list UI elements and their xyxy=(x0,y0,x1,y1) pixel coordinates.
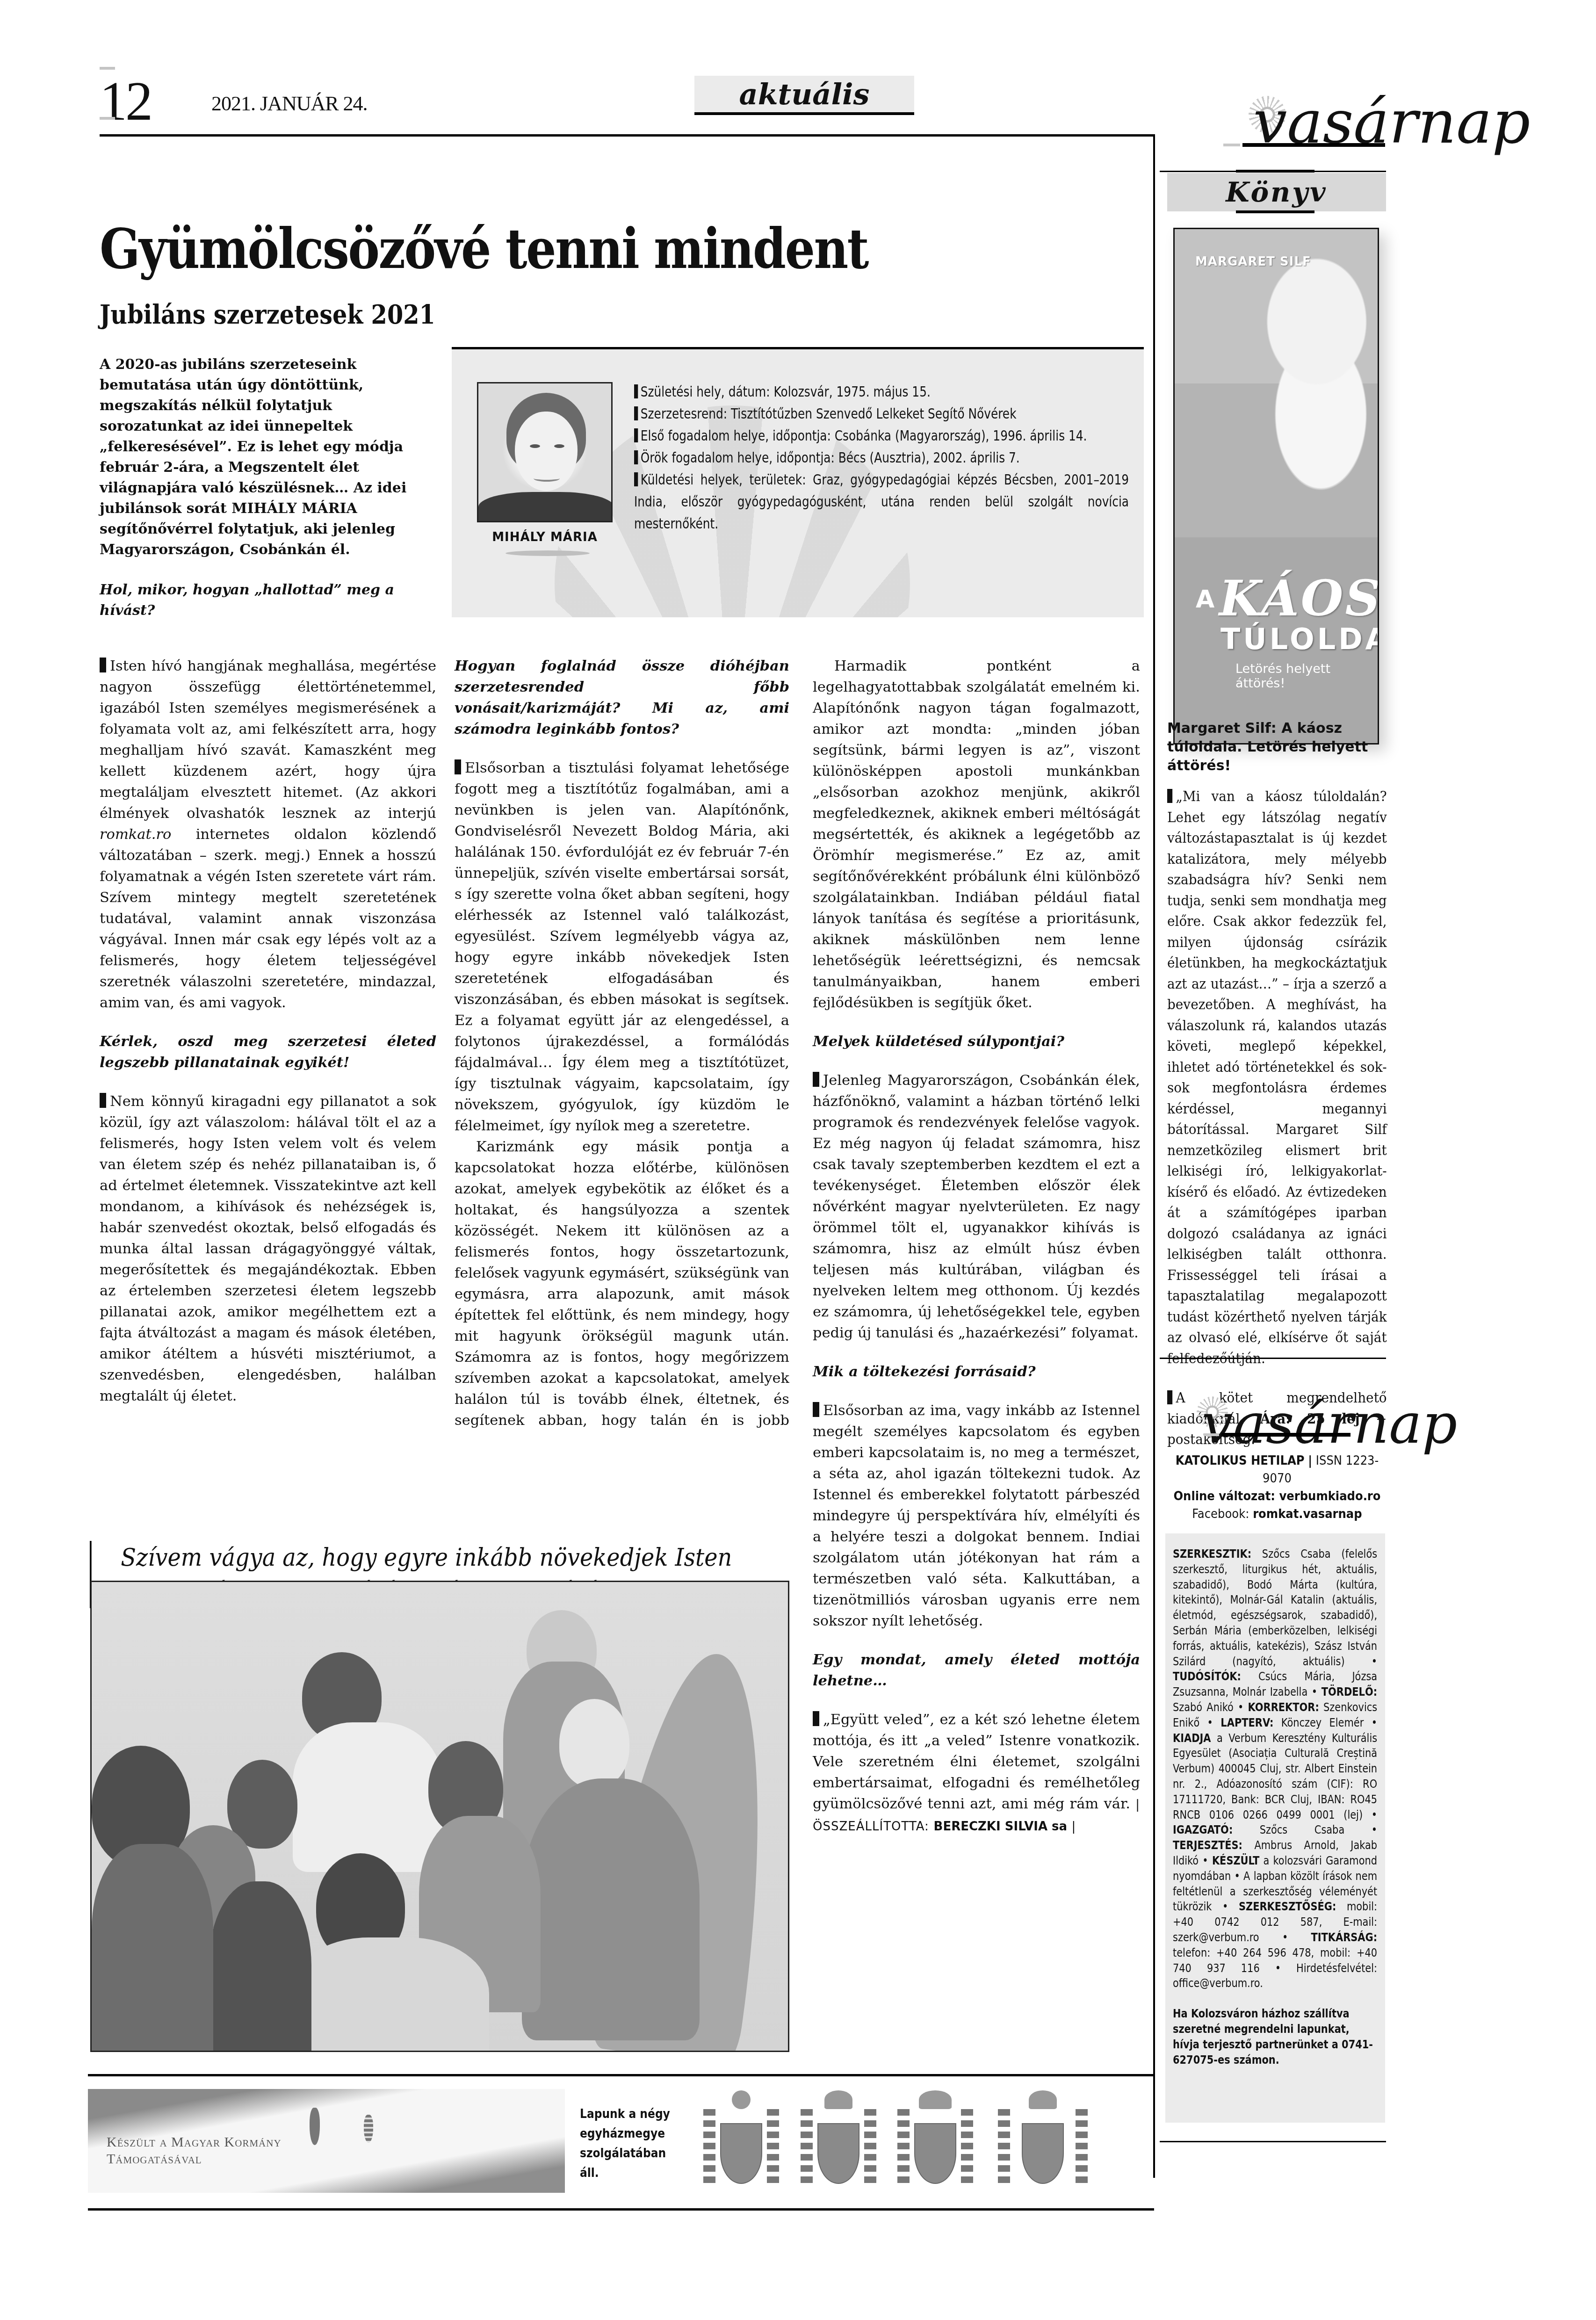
section-label: aktuális xyxy=(739,77,869,111)
profile-fact: Szerzetesrend: Tisztítótűzben Szenvedő L… xyxy=(634,403,1129,425)
profile-fact: Örök fogadalom helye, időpontja: Bécs (A… xyxy=(634,447,1129,469)
dioceses-note: Lapunk a négy egyházmegye szolgálatában … xyxy=(580,2104,673,2183)
portrait-caption: MIHÁLY MÁRIA xyxy=(477,530,613,544)
imprint-logo-text: vasárnap xyxy=(1202,1396,1457,1451)
cover-subtitle: Letörés helyett áttörés! xyxy=(1235,662,1378,691)
gov-support-text: Készült a Magyar Kormány Támogatásával xyxy=(107,2134,282,2168)
footer-rule-top xyxy=(88,2074,1154,2076)
bullet-marker-icon xyxy=(634,450,638,464)
article-column-3: Harmadik pontként a legelhagyatottabbak … xyxy=(813,656,1140,1837)
photo-person xyxy=(92,1844,213,2052)
romkat-link[interactable]: romkat.ro xyxy=(100,826,171,843)
section-tab: aktuális xyxy=(694,76,914,115)
logo-underline-grey xyxy=(1204,1433,1219,1436)
imprint-masthead: KATOLIKUS HETILAP | ISSN 1223-9070 Onlin… xyxy=(1167,1452,1387,1523)
book-cover-image: MARGARET SILF A KÁOSZ TÚLOLDALA Letörés … xyxy=(1173,228,1379,744)
answer-5: Elsősorban az ima, vagy inkább az Istenn… xyxy=(813,1400,1140,1632)
bethlen-fund-icon xyxy=(364,2115,373,2143)
question-3: Hogyan foglalnád össze dióhéjban szerzet… xyxy=(455,656,789,740)
coat-of-arms-icon xyxy=(895,2090,975,2203)
hungarian-crest-icon xyxy=(310,2108,320,2145)
answer-3-paragraph-3: Harmadik pontként a legelhagyatottabbak … xyxy=(813,656,1140,1013)
lead-column: A 2020-as jubiláns szerzeteseink bemutat… xyxy=(100,354,422,639)
paragraph-marker-icon xyxy=(100,658,106,672)
logo-underline xyxy=(1221,1433,1350,1437)
imprint-staff: SZERKESZTIK: Szőcs Csaba (felelős szerke… xyxy=(1173,1547,1377,1991)
answer-1: Isten hívó hangjának meghallása, megérté… xyxy=(100,656,436,1013)
facebook-link[interactable]: romkat.vasarnap xyxy=(1253,1507,1362,1521)
photo-person xyxy=(209,1881,311,2052)
photo-person xyxy=(293,1722,442,1872)
answer-6: „Együtt veled”, ez a két szó lehetne éle… xyxy=(813,1709,1140,1837)
paragraph-marker-icon xyxy=(1167,789,1172,803)
section-bar-bottom xyxy=(1236,210,1314,213)
profile-box: MIHÁLY MÁRIA Születési hely, dátum: Kolo… xyxy=(452,347,1144,617)
delivery-note: Ha Kolozsváron házhoz szállítva szeretné… xyxy=(1173,2006,1377,2067)
article-subheadline: Jubiláns szerzetesek 2021 xyxy=(100,299,435,330)
imprint-box: SZERKESZTIK: Szőcs Csaba (felelős szerke… xyxy=(1165,1533,1385,2123)
cover-title-tuloldala: TÚLOLDALA xyxy=(1220,622,1379,656)
answer-3-paragraph-2: Karizmánk egy másik pontja a kapcsolatok… xyxy=(455,1136,789,1434)
weekly-label: KATOLIKUS HETILAP xyxy=(1176,1453,1305,1468)
portrait-photo xyxy=(477,382,613,522)
coat-of-arms-icon xyxy=(996,2090,1090,2203)
article-lead: A 2020-as jubiláns szerzeteseink bemutat… xyxy=(100,354,422,560)
question-1: Hol, mikor, hogyan „hallottad” meg a hív… xyxy=(100,580,422,621)
article-headline: Gyümölcsözővé tenni mindent xyxy=(100,216,868,281)
answer-3: Elsősorban a tisztulási folyamat lehetős… xyxy=(455,758,789,1136)
book-review: „Mi van a káosz túloldalán? Lehet egy lá… xyxy=(1167,787,1387,1451)
photo-person xyxy=(559,1699,629,1788)
question-2: Kérlek, oszd meg szerzetesi életed legsz… xyxy=(100,1031,436,1073)
answer-2: Nem könnyű kiragadni egy pillanatot a so… xyxy=(100,1091,436,1407)
paragraph-marker-icon xyxy=(100,1093,106,1108)
paragraph-marker-icon xyxy=(813,1072,819,1087)
group-photo xyxy=(90,1581,789,2052)
paragraph-marker-icon xyxy=(813,1402,819,1417)
book-title: Margaret Silf: A káosz túloldala. Letöré… xyxy=(1167,719,1387,775)
question-4: Melyek küldetésed súlypontjai? xyxy=(813,1031,1140,1052)
issue-date: 2021. JANUÁR 24. xyxy=(211,92,368,116)
cover-title-kaosz: KÁOSZ xyxy=(1219,570,1379,627)
coat-of-arms-icon xyxy=(799,2090,878,2203)
page-number-bar-bottom xyxy=(100,117,115,120)
sidebar-rule-3 xyxy=(1160,2141,1386,2142)
photo-person xyxy=(522,1778,700,2040)
page-number-bar-top xyxy=(100,67,115,70)
paragraph-marker-icon xyxy=(455,759,461,774)
article-column-2: Hogyan foglalnád össze dióhéjban szerzet… xyxy=(455,656,789,1434)
column-divider-vertical xyxy=(1153,134,1155,2178)
paragraph-marker-icon xyxy=(1167,1390,1172,1404)
paragraph-marker-icon xyxy=(813,1711,819,1726)
sidebar-rule-2 xyxy=(1160,1358,1386,1359)
article-column-1: Isten hívó hangjának meghallása, megérté… xyxy=(100,656,436,1407)
bullet-marker-icon xyxy=(634,406,638,420)
bullet-marker-icon xyxy=(634,428,638,442)
question-6: Egy mondat, amely életed mottója lehetne… xyxy=(813,1649,1140,1691)
section-bar-top xyxy=(1236,170,1314,173)
logo-underline xyxy=(1242,143,1385,147)
profile-fact: Első fogadalom helye, időpontja: Csobánk… xyxy=(634,425,1129,447)
coat-of-arms-icon xyxy=(701,2090,781,2203)
sidebar-section-band: Könyv xyxy=(1167,173,1386,211)
footer-rule-bottom xyxy=(88,2208,1154,2211)
header-rule xyxy=(100,134,1154,137)
sidebar-section-label: Könyv xyxy=(1226,176,1327,208)
answer-4: Jelenleg Magyarországon, Csobánkán élek,… xyxy=(813,1070,1140,1344)
question-5: Mik a töltekezési forrásaid? xyxy=(813,1361,1140,1382)
profile-fact: Küldetési helyek, területek: Graz, gyógy… xyxy=(634,469,1129,535)
bullet-marker-icon xyxy=(634,384,638,398)
photo-person xyxy=(288,1937,489,2052)
online-version-link[interactable]: Online változat: verbumkiado.ro xyxy=(1173,1489,1380,1503)
bullet-marker-icon xyxy=(634,472,638,486)
byline-label: ÖSSZEÁLLÍTOTTA: xyxy=(813,1820,929,1834)
book-description: „Mi van a káosz túloldalán? Lehet egy lá… xyxy=(1167,787,1387,1369)
profile-fact: Születési hely, dátum: Kolozsvár, 1975. … xyxy=(634,381,1129,403)
cover-title-a: A xyxy=(1196,585,1214,614)
byline-name: BERECZKI SILVIA sa xyxy=(934,1820,1068,1834)
cover-author: MARGARET SILF xyxy=(1195,255,1311,269)
government-support-banner: Készült a Magyar Kormány Támogatásával xyxy=(88,2089,565,2193)
page-number: 12 xyxy=(100,74,151,129)
profile-facts: Születési hely, dátum: Kolozsvár, 1975. … xyxy=(634,381,1129,535)
logo-underline-grey xyxy=(1223,144,1240,146)
caption-shadow xyxy=(506,550,590,556)
